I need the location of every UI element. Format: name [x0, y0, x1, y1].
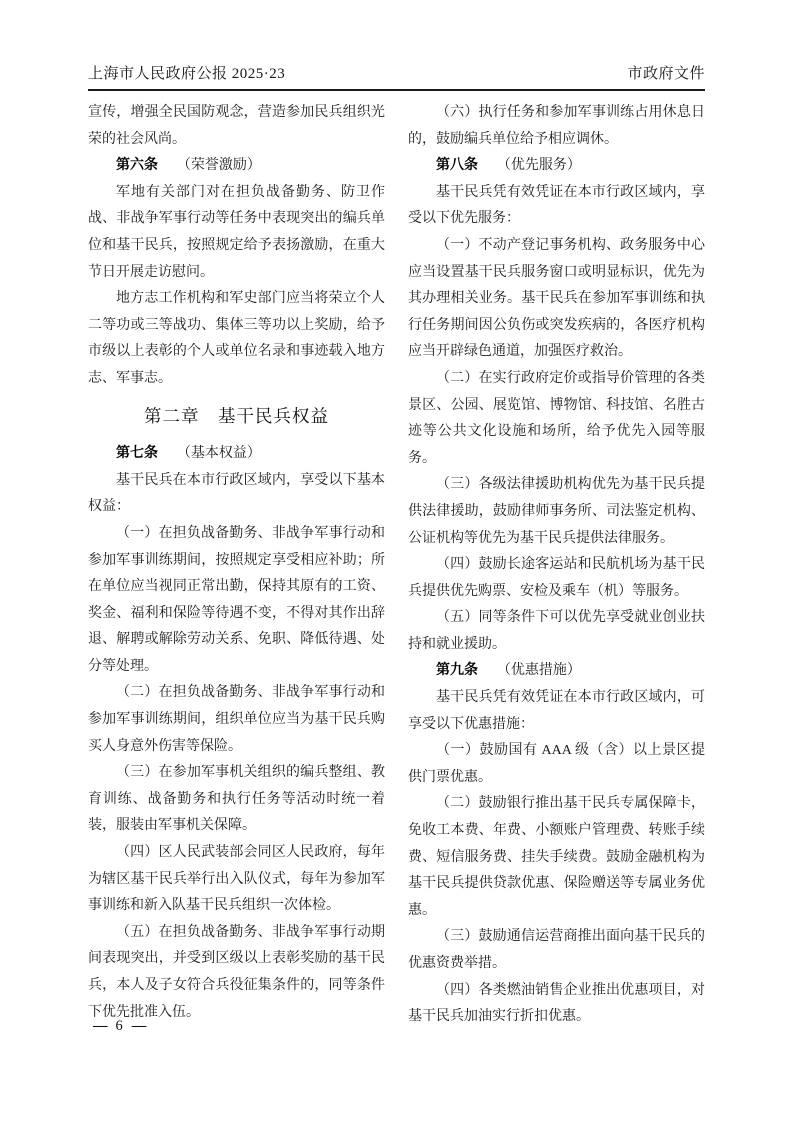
article-title: （优惠措施）: [497, 663, 581, 678]
doc-category-label: 市政府文件: [627, 62, 705, 83]
article-heading: 第九条（优惠措施）: [408, 658, 705, 685]
paragraph: 基干民兵凭有效凭证在本市行政区域内，可享受以下优惠措施：: [408, 685, 705, 738]
paragraph: （二）鼓励银行推出基干民兵专属保障卡，免收工本费、年费、小额账户管理费、转账手续…: [408, 791, 705, 924]
paragraph: 基干民兵凭有效凭证在本市行政区域内，享受以下优先服务：: [408, 180, 705, 233]
paragraph: （一）不动产登记事务机构、政务服务中心应当设置基干民兵服务窗口或明显标识，优先为…: [408, 233, 705, 366]
paragraph: 军地有关部门对在担负战备勤务、防卫作战、非战争军事行动等任务中表现突出的编兵单位…: [88, 180, 385, 286]
article-title: （荣誉激励）: [177, 158, 261, 173]
gazette-page: 上海市人民政府公报 2025·23 市政府文件 宣传，增强全民国防观念，营造参加…: [0, 0, 793, 1122]
article-heading: 第六条（荣誉激励）: [88, 153, 385, 180]
paragraph: 基干民兵在本市行政区域内，享受以下基本权益：: [88, 468, 385, 521]
page-footer: — 6 —: [93, 1018, 145, 1035]
article-number: 第九条: [436, 663, 478, 678]
paragraph: （三）各级法律援助机构优先为基干民兵提供法律援助，鼓励律师事务所、司法鉴定机构、…: [408, 472, 705, 552]
gazette-title: 上海市人民政府公报 2025·23: [88, 62, 285, 83]
paragraph: 地方志工作机构和军史部门应当将荣立个人二等功或三等战功、集体三等功以上奖励，给予…: [88, 286, 385, 392]
footer-dash-left: —: [93, 1018, 107, 1035]
paragraph: （三）在参加军事机关组织的编兵整组、教育训练、战备勤务和执行任务等活动时统一着装…: [88, 760, 385, 840]
article-number: 第六条: [116, 158, 158, 173]
paragraph: （一）在担负战备勤务、非战争军事行动和参加军事训练期间，按照规定享受相应补助；所…: [88, 521, 385, 681]
paragraph: （五）在担负战备勤务、非战争军事行动期间表现突出，并受到区级以上表彰奖励的基干民…: [88, 920, 385, 1026]
article-heading: 第八条（优先服务）: [408, 153, 705, 180]
paragraph: （四）鼓励长途客运站和民航机场为基干民兵提供优先购票、安检及乘车（机）等服务。: [408, 552, 705, 605]
article-heading: 第七条（基本权益）: [88, 441, 385, 468]
article-number: 第七条: [116, 446, 158, 461]
left-column: 宣传，增强全民国防观念，营造参加民兵组织光荣的社会风尚。 第六条（荣誉激励） 军…: [88, 100, 385, 1031]
paragraph: （一）鼓励国有 AAA 级（含）以上景区提供门票优惠。: [408, 738, 705, 791]
header-rule: [88, 89, 705, 91]
page-number: 6: [116, 1018, 123, 1035]
paragraph: （二）在担负战备勤务、非战争军事行动和参加军事训练期间，组织单位应当为基干民兵购…: [88, 680, 385, 760]
paragraph: （四）各类燃油销售企业推出优惠项目，对基干民兵加油实行折扣优惠。: [408, 978, 705, 1031]
paragraph: （三）鼓励通信运营商推出面向基干民兵的优惠资费举措。: [408, 924, 705, 977]
article-title: （优先服务）: [497, 158, 581, 173]
article-number: 第八条: [436, 158, 478, 173]
paragraph: （四）区人民武装部会同区人民政府，每年为辖区基干民兵举行出入队仪式，每年为参加军…: [88, 840, 385, 920]
page-header: 上海市人民政府公报 2025·23 市政府文件: [88, 62, 705, 83]
footer-dash-right: —: [132, 1018, 146, 1035]
paragraph: （二）在实行政府定价或指导价管理的各类景区、公园、展览馆、博物馆、科技馆、名胜古…: [408, 366, 705, 472]
paragraph: （五）同等条件下可以优先享受就业创业扶持和就业援助。: [408, 605, 705, 658]
right-column: （六）执行任务和参加军事训练占用休息日的，鼓励编兵单位给予相应调休。 第八条（优…: [408, 100, 705, 1031]
chapter-heading: 第二章 基干民兵权益: [88, 403, 385, 430]
article-title: （基本权益）: [177, 446, 261, 461]
paragraph: 宣传，增强全民国防观念，营造参加民兵组织光荣的社会风尚。: [88, 100, 385, 153]
paragraph: （六）执行任务和参加军事训练占用休息日的，鼓励编兵单位给予相应调休。: [408, 100, 705, 153]
text-columns: 宣传，增强全民国防观念，营造参加民兵组织光荣的社会风尚。 第六条（荣誉激励） 军…: [88, 100, 705, 1031]
